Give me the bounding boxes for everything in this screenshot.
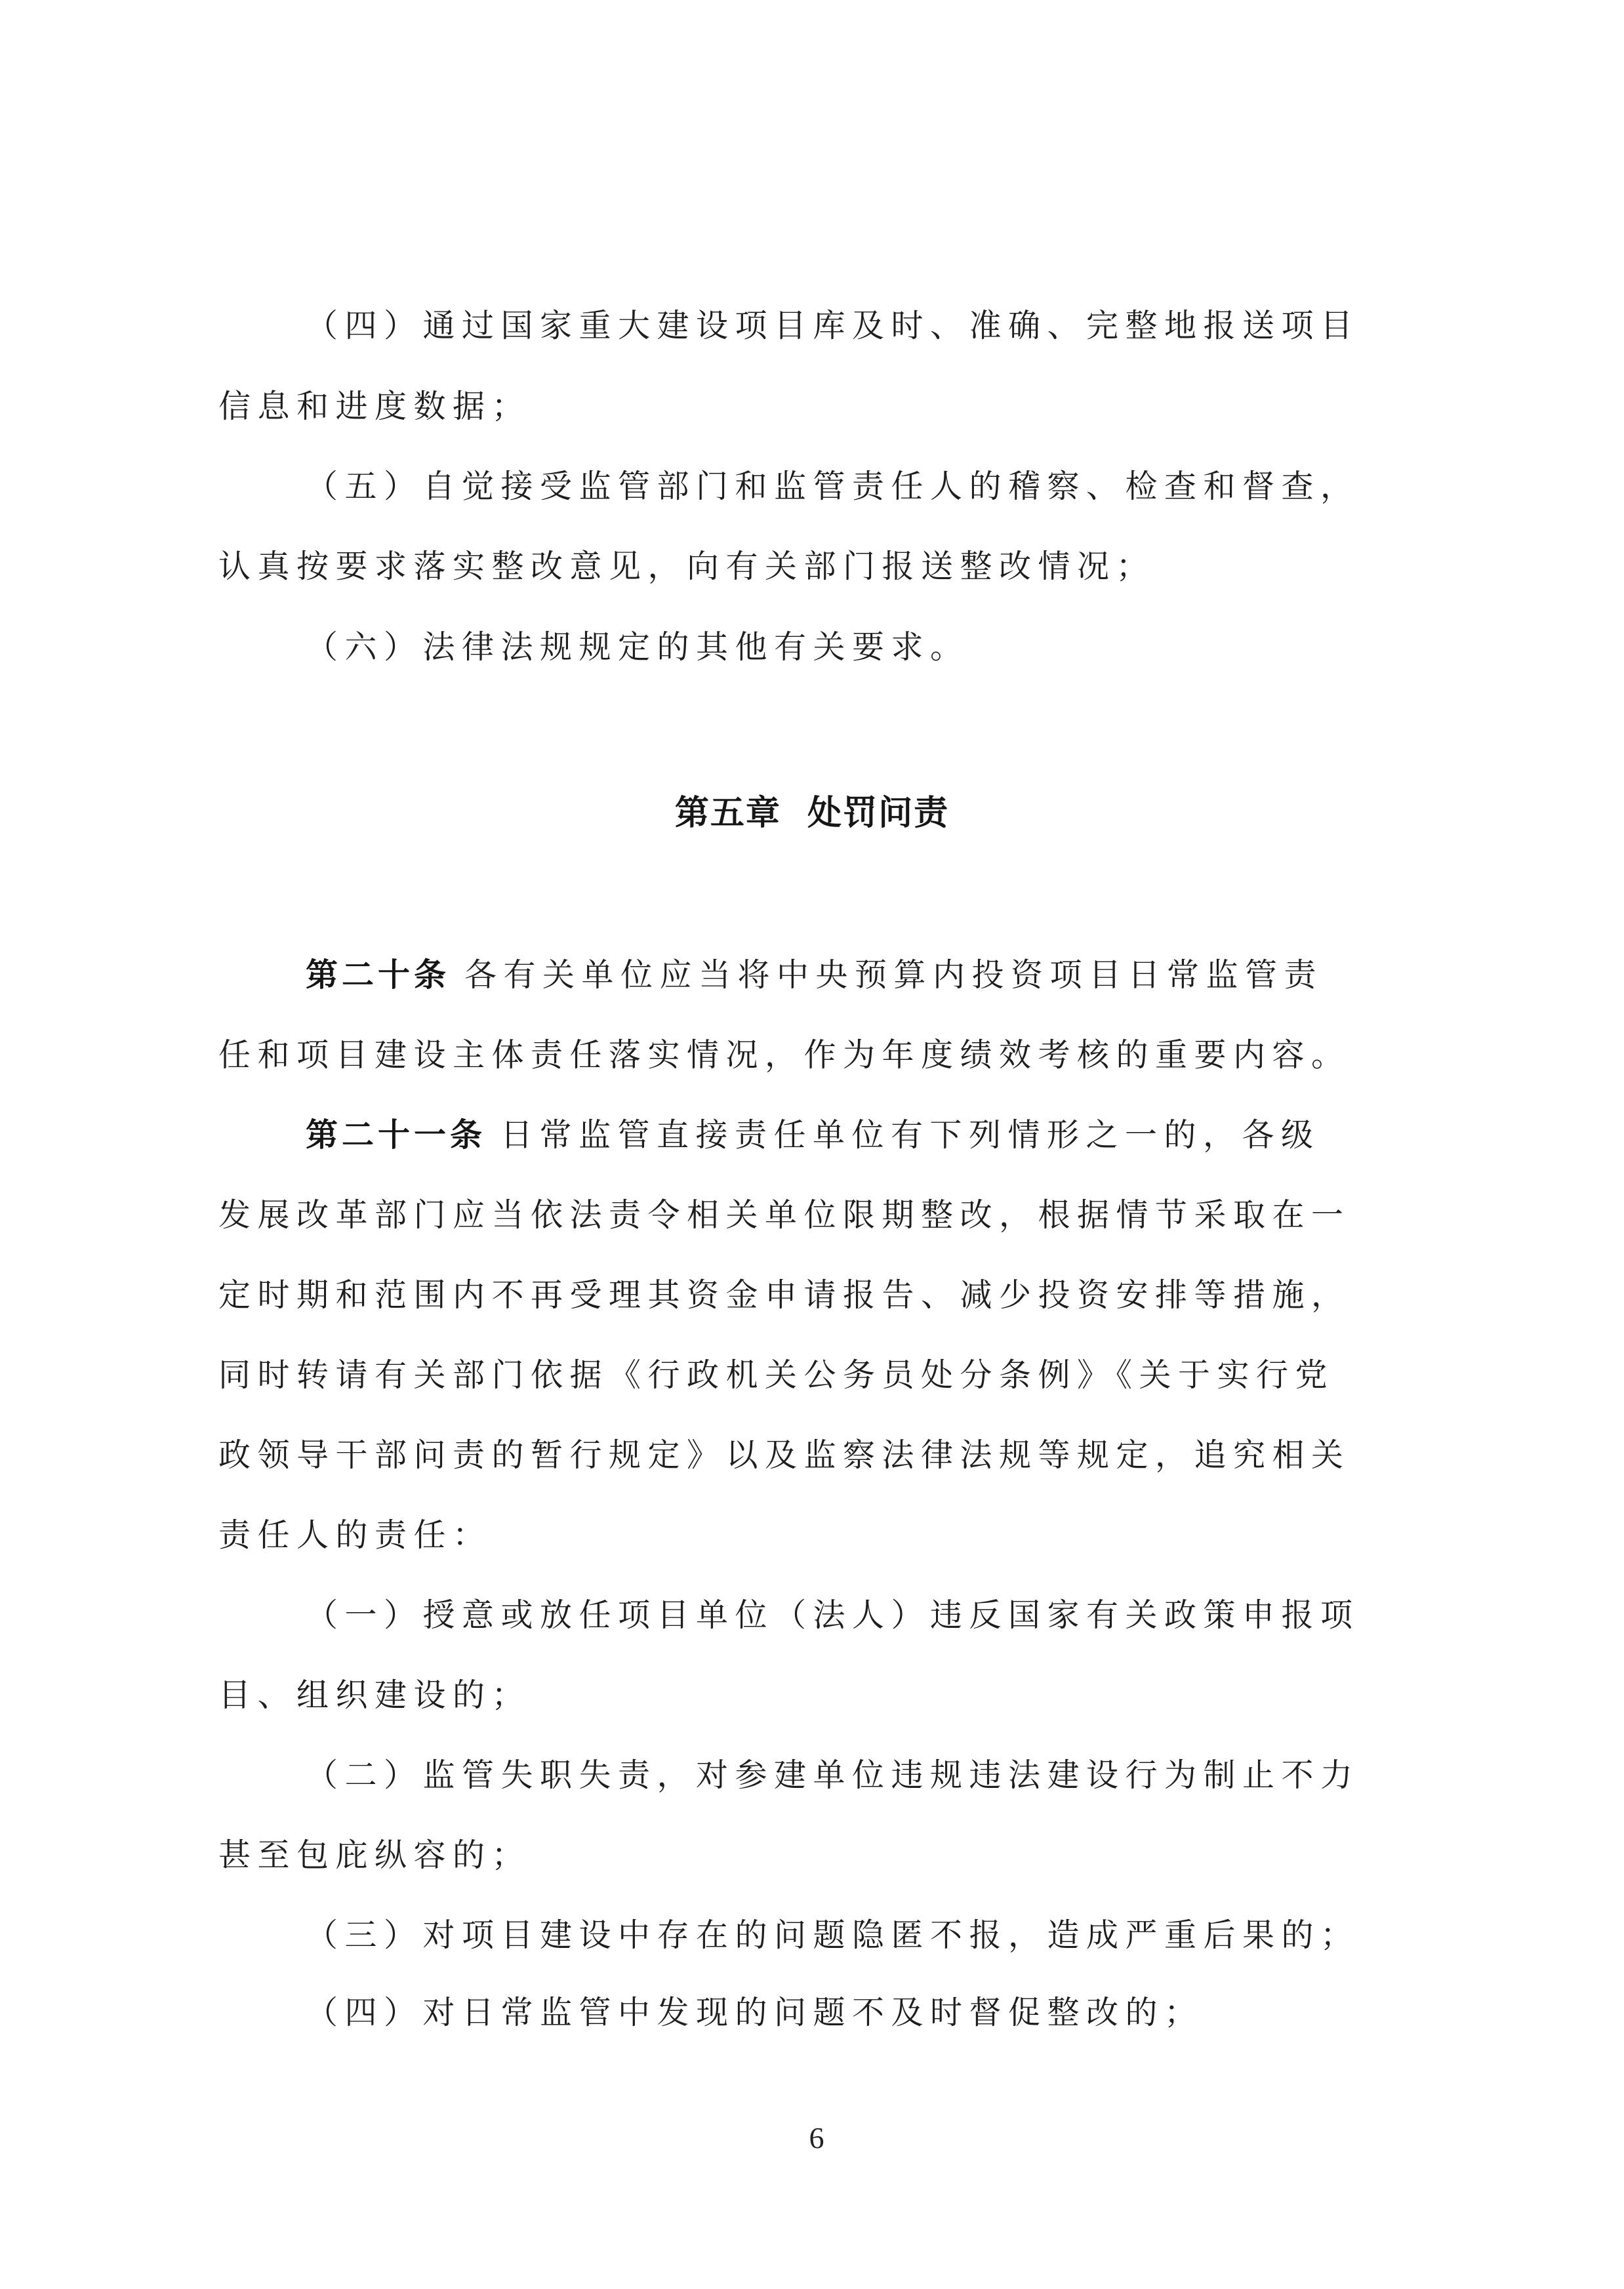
article-21-line-6: 责任人的责任：: [218, 1495, 1399, 1575]
list-item-4-line-1: （四）通过国家重大建设项目库及时、准确、完整地报送项目: [306, 286, 1486, 366]
article-21-line-3: 定时期和范围内不再受理其资金申请报告、减少投资安排等措施，: [218, 1255, 1399, 1335]
list-item-5-line-1: （五）自觉接受监管部门和监管责任人的稽察、检查和督查，: [306, 447, 1486, 527]
chapter-title: 第五章 处罚问责: [0, 773, 1624, 853]
list-item-5-line-2: 认真按要求落实整改意见，向有关部门报送整改情况；: [218, 527, 1399, 607]
list-item-6-line-1: （六）法律法规规定的其他有关要求。: [306, 607, 1486, 687]
article-21-item-2-line-1: （二）监管失职失责，对参建单位违规违法建设行为制止不力: [306, 1735, 1486, 1815]
article-20-heading: 第二十条: [306, 956, 450, 994]
article-20-line-2: 任和项目建设主体责任落实情况，作为年度绩效考核的重要内容。: [218, 1015, 1399, 1095]
list-item-4-line-2: 信息和进度数据；: [218, 367, 1399, 447]
article-21-heading: 第二十一条: [306, 1116, 486, 1154]
article-21-item-1-line-1: （一）授意或放任项目单位（法人）违反国家有关政策申报项: [306, 1575, 1486, 1655]
document-page: （四）通过国家重大建设项目库及时、准确、完整地报送项目 信息和进度数据； （五）…: [0, 0, 1624, 2289]
article-21-line-2: 发展改革部门应当依法责令相关单位限期整改，根据情节采取在一: [218, 1175, 1399, 1255]
article-21-item-4-line-1: （四）对日常监管中发现的问题不及时督促整改的；: [306, 1973, 1486, 2053]
article-21-item-1-line-2: 目、组织建设的；: [218, 1655, 1399, 1735]
article-21-item-2-line-2: 甚至包庇纵容的；: [218, 1815, 1399, 1895]
page-number: 6: [0, 2118, 1624, 2158]
article-21-line-1: 第二十一条日常监管直接责任单位有下列情形之一的，各级: [306, 1095, 1486, 1175]
article-21-line-4: 同时转请有关部门依据《行政机关公务员处分条例》《关于实行党: [218, 1335, 1399, 1415]
article-20-line-1: 第二十条各有关单位应当将中央预算内投资项目日常监管责: [306, 935, 1486, 1015]
article-21-text: 日常监管直接责任单位有下列情形之一的，各级: [500, 1116, 1320, 1154]
article-21-line-5: 政领导干部问责的暂行规定》以及监察法律法规等规定，追究相关: [218, 1415, 1399, 1495]
article-20-text: 各有关单位应当将中央预算内投资项目日常监管责: [464, 956, 1323, 994]
article-21-item-3-line-1: （三）对项目建设中存在的问题隐匿不报，造成严重后果的；: [306, 1895, 1486, 1975]
